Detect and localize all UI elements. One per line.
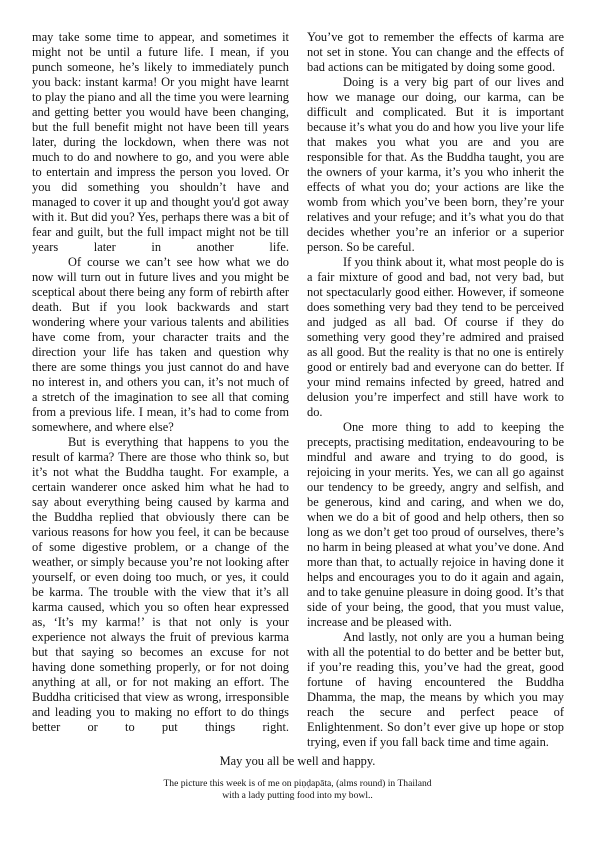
caption-line-1: The picture this week is of me on piṇḍap… (0, 778, 595, 790)
closing-blessing: May you all be well and happy. (0, 754, 595, 769)
paragraph-mixture: If you think about it, what most people … (307, 255, 564, 420)
paragraph-future-lives: Of course we can’t see how what we do no… (32, 255, 289, 435)
left-text-column: may take some time to appear, and someti… (32, 30, 289, 735)
document-page: may take some time to appear, and someti… (0, 0, 595, 842)
caption-line-2: with a lady putting food into my bowl.. (0, 790, 595, 802)
photo-caption: The picture this week is of me on piṇḍap… (0, 778, 595, 802)
paragraph-rejoicing: One more thing to add to keeping the pre… (307, 420, 564, 630)
right-text-column: You’ve got to remember the effects of ka… (307, 30, 564, 750)
paragraph-lastly: And lastly, not only are you a human bei… (307, 630, 564, 750)
paragraph-doing: Doing is a very big part of our lives an… (307, 75, 564, 255)
paragraph-karma-timing: may take some time to appear, and someti… (32, 30, 289, 255)
paragraph-not-set-in-stone: You’ve got to remember the effects of ka… (307, 30, 564, 75)
paragraph-everything-karma: But is everything that happens to you th… (32, 435, 289, 735)
